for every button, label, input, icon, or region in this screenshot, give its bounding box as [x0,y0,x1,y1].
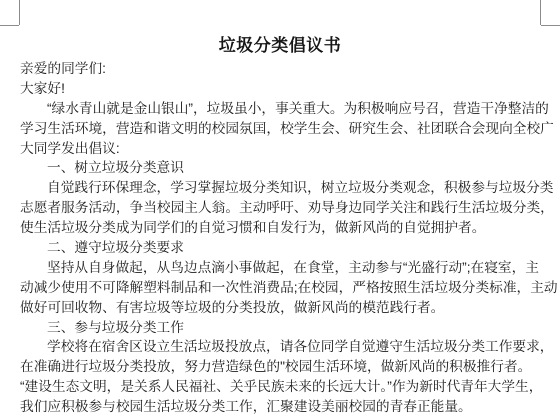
intro-paragraph-line: “绿水青山就是金山银山”，垃圾虽小，事关重大。为积极响应号召，营造干净整洁的 [20,99,558,119]
section-1-paragraph-line: 志愿者服务活动，争当校园主人翁。主动呼吁、劝导身边同学关注和践行生活垃圾分类， [20,198,558,218]
greeting-line: 大家好! [20,79,558,99]
section-1-paragraph-line: 使生活垃圾分类成为同学们的自觉习惯和自发行为，做新风尚的自觉拥护者。 [20,218,558,238]
section-heading-2: 二、遵守垃圾分类要求 [20,238,558,258]
document-title: 垃圾分类倡议书 [0,31,560,56]
salutation-line: 亲爱的同学们: [20,59,558,79]
document-body: 亲爱的同学们: 大家好! “绿水青山就是金山银山”，垃圾虽小，事关重大。为积极响… [20,59,558,417]
intro-paragraph-line: 大同学发出倡议: [20,139,558,159]
section-2-paragraph-line: 做好可回收物、有害垃圾等垃圾的分类投放，做新风尚的模范践行者。 [20,298,558,318]
text-boundary-mark-top-left-vertical [19,0,20,25]
section-3-paragraph-line: 学校将在宿舍区设立生活垃圾投放点，请各位同学自觉遵守生活垃圾分类工作要求， [20,337,558,357]
section-1-paragraph-line: 自觉践行环保理念，学习掌握垃圾分类知识，树立垃圾分类观念，积极参与垃圾分类 [20,178,558,198]
section-2-paragraph-line: 动减少使用不可降解塑料制品和一次性消费品;在校园，严格按照生活垃圾分类标准，主动 [20,278,558,298]
text-boundary-mark-top-right-vertical [540,0,541,25]
intro-paragraph-line: 学习生活环境，营造和谐文明的校园氛囯，校学生会、研究生会、社团联合会现向全校广 [20,119,558,139]
section-heading-3: 三、参与垃圾分类工作 [20,318,558,338]
section-3-paragraph-line: 在准确进行垃圾分类投放，努力营造绿色的"校园生活环境，做新风尚的积极推行者。 [20,357,558,377]
section-2-paragraph-line: 坚持从自身做起，从鸟边点滴小事做起，在食堂，主动参与“光盛行动”;在寝室，主 [20,258,558,278]
closing-paragraph-line: “建设生态文明，是关系人民福社、关乎民族未来的长远大计。”作为新时代青年大学生， [20,377,558,397]
document-page: 垃圾分类倡议书 亲爱的同学们: 大家好! “绿水青山就是金山银山”，垃圾虽小，事… [0,0,560,418]
text-boundary-mark-top-right-horizontal [541,25,560,26]
section-heading-1: 一、树立垃圾分类意识 [20,158,558,178]
text-boundary-mark-top-left-horizontal [0,25,19,26]
closing-paragraph-line: 我们应积极参与校园生活垃圾分类工作，汇聚建设美丽校园的青春正能量。 [20,397,558,417]
